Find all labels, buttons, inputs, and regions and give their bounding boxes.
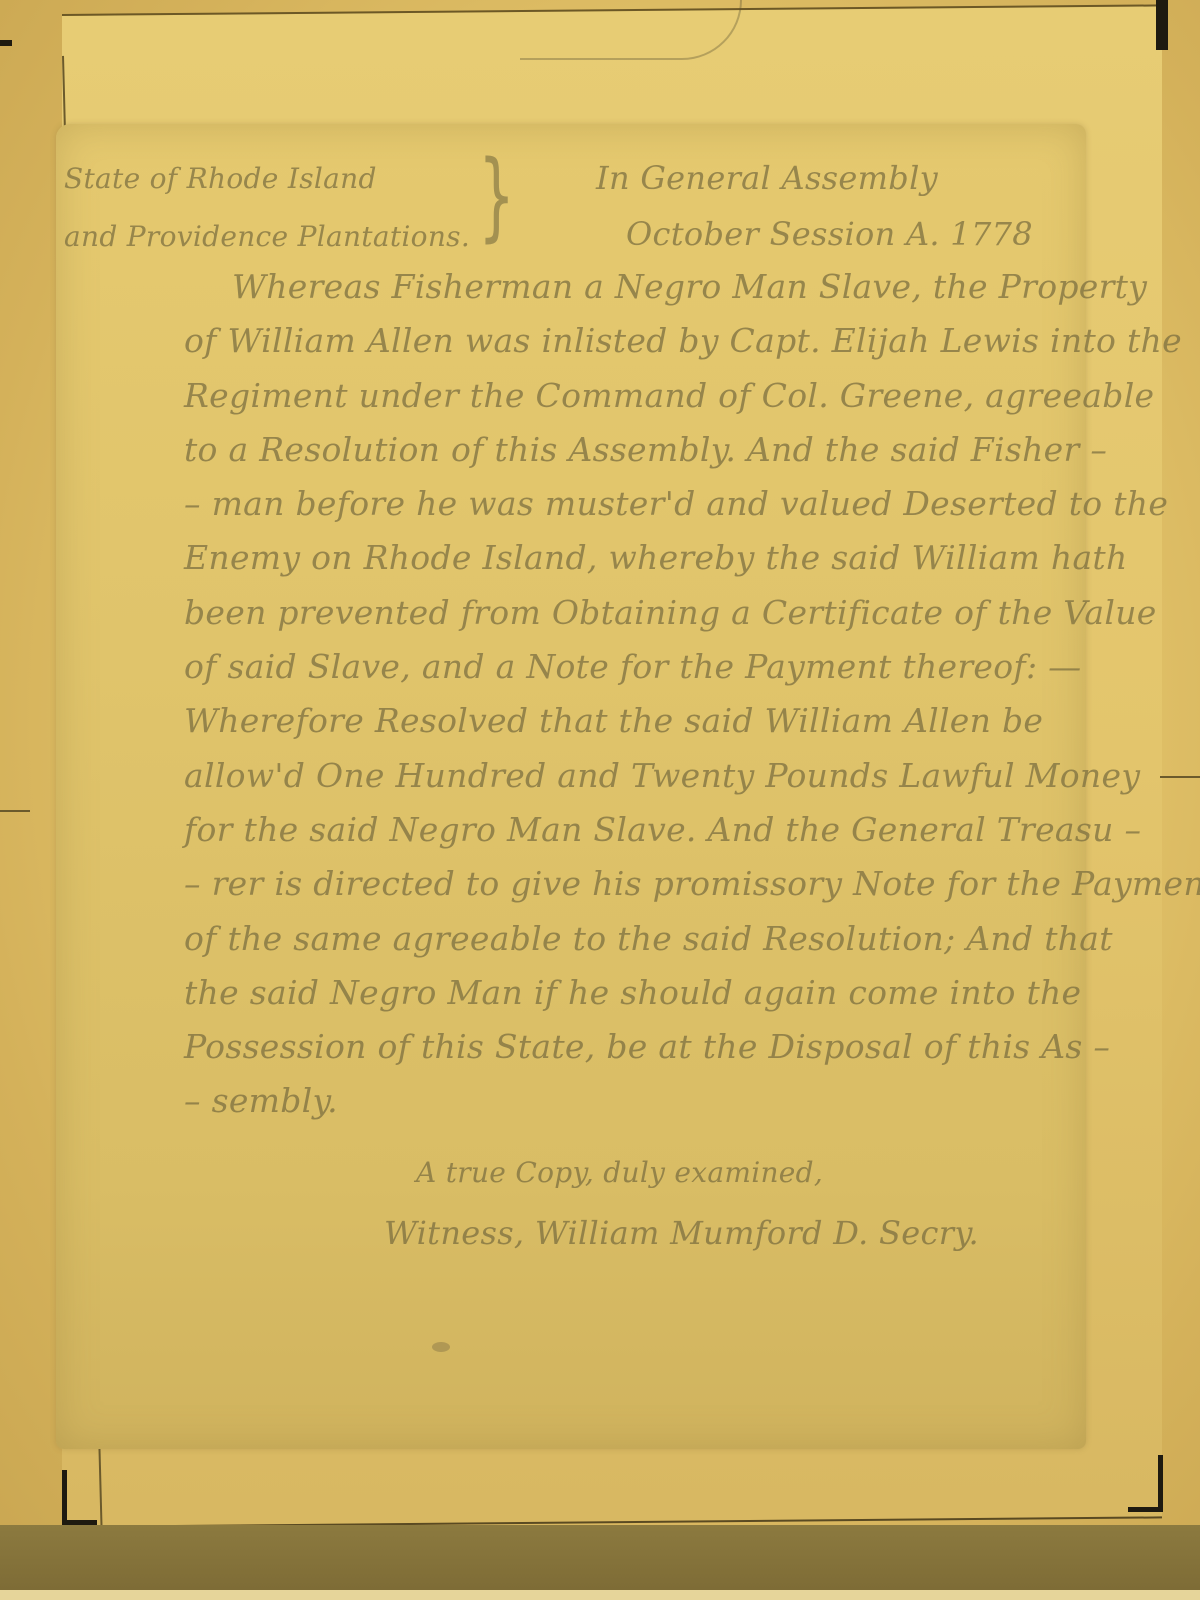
body-line: Whereas Fisherman a Negro Man Slave, the… (184, 260, 1200, 314)
body-line: of said Slave, and a Note for the Paymen… (184, 640, 1200, 694)
heading-session-line: October Session A. 1778 (596, 206, 1033, 262)
body-line: – man before he was muster'd and valued … (184, 477, 1200, 531)
body-line: Wherefore Resolved that the said William… (184, 694, 1200, 748)
pencil-mark-top (520, 0, 742, 60)
corner-mark-bottom-left (62, 1470, 97, 1525)
body-line: to a Resolution of this Assembly. And th… (184, 423, 1200, 477)
heading-state-line-1: State of Rhode Island (64, 150, 470, 208)
body-line: for the said Negro Man Slave. And the Ge… (184, 803, 1200, 857)
heading-assembly: In General Assembly October Session A. 1… (596, 150, 1033, 262)
body-line: Possession of this State, be at the Disp… (184, 1020, 1200, 1074)
body-line: – sembly. (184, 1074, 1200, 1128)
brace-icon: } (478, 148, 515, 244)
display-shelf-edge (0, 1590, 1200, 1600)
body-line: – rer is directed to give his promissory… (184, 857, 1200, 911)
display-shelf (0, 1525, 1200, 1590)
body-line: allow'd One Hundred and Twenty Pounds La… (184, 749, 1200, 803)
body-line: of William Allen was inlisted by Capt. E… (184, 314, 1200, 368)
heading-assembly-line-1: In General Assembly (596, 150, 1033, 206)
resolution-body: Whereas Fisherman a Negro Man Slave, the… (184, 260, 1200, 1129)
ink-stain (432, 1342, 450, 1352)
corner-mark-bottom-right (1128, 1455, 1163, 1512)
body-line: of the same agreeable to the said Resolu… (184, 912, 1200, 966)
corner-mark-top-right (1156, 0, 1168, 50)
attestation-line: A true Copy, duly examined, (416, 1156, 823, 1189)
heading-state: State of Rhode Island and Providence Pla… (64, 150, 470, 266)
body-line: Enemy on Rhode Island, whereby the said … (184, 531, 1200, 585)
mount-tick-left (0, 810, 30, 812)
body-line: been prevented from Obtaining a Certific… (184, 586, 1200, 640)
body-line: the said Negro Man if he should again co… (184, 966, 1200, 1020)
heading-state-line-2: and Providence Plantations. (64, 208, 470, 266)
corner-mark-top-left (0, 40, 12, 46)
manuscript-sheet: State of Rhode Island and Providence Pla… (56, 124, 1086, 1449)
witness-signature: Witness, William Mumford D. Secry. (384, 1214, 979, 1252)
body-line: Regiment under the Command of Col. Green… (184, 369, 1200, 423)
